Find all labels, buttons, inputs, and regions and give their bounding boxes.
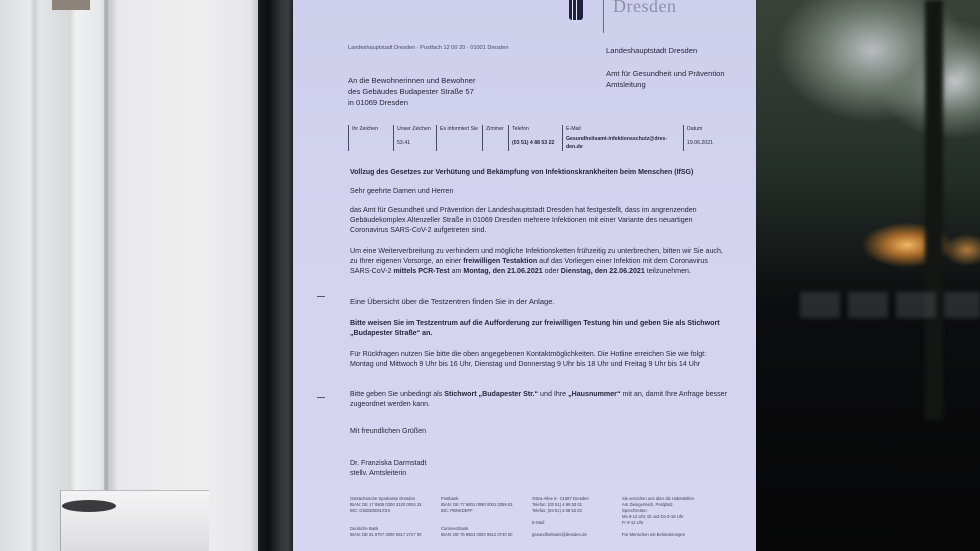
footer-bank-col-1: Ostsächsische Sparkasse DresdenIBAN: DE … bbox=[350, 496, 421, 538]
paragraph-hotline: Für Rückfragen nutzen Sie bitte die oben… bbox=[350, 349, 730, 369]
paragraph-test-centers: Eine Übersicht über die Testzentren find… bbox=[350, 297, 730, 307]
footer-address-col: Ostra-Allee 9 · 01067 DresdenTelefon: (0… bbox=[532, 496, 589, 538]
signatory-title: stellv. Amtsleiterin bbox=[350, 468, 426, 478]
footer-transit-hours-col: Sie erreichen uns über die HaltestellenA… bbox=[622, 496, 694, 538]
ref-contact-person: Es informiert Sie bbox=[436, 125, 482, 151]
ref-your-reference: Ihr Zeichen bbox=[348, 125, 393, 151]
door-groove bbox=[104, 0, 110, 500]
ref-date: Datum19.06.2021 bbox=[683, 125, 723, 151]
door-glass-edge bbox=[258, 0, 298, 551]
recipient-line: in 01069 Dresden bbox=[348, 97, 476, 108]
ref-room: Zimmer bbox=[482, 125, 508, 151]
punch-mark bbox=[317, 397, 325, 398]
recipient-line: An die Bewohnerinnen und Bewohner bbox=[348, 75, 476, 86]
signature-block: Dr. Franziska Darmstadt stellv. Amtsleit… bbox=[350, 458, 426, 478]
office-city: Landeshauptstadt Dresden bbox=[606, 45, 725, 56]
photo-scene: Dresden Landeshauptstadt Dresden · Postf… bbox=[0, 0, 980, 551]
ref-phone: Telefon(03 51) 4 88 53 22 bbox=[508, 125, 562, 151]
office-unit: Amtsleitung bbox=[606, 79, 725, 90]
recipient-address: An die Bewohnerinnen und Bewohner des Ge… bbox=[348, 75, 476, 108]
reference-row: Ihr Zeichen Unser Zeichen53.41 Es inform… bbox=[348, 125, 723, 151]
footer-bank-col-2: PostbankIBAN: DE 77 8601 0090 0001 0359 … bbox=[441, 496, 512, 538]
letter-subject: Vollzug des Gesetzes zur Verhütung und B… bbox=[350, 169, 693, 176]
paragraph-test-request: Um eine Weiterverbreitung zu verhindern … bbox=[350, 246, 730, 276]
sender-return-line: Landeshauptstadt Dresden · Postfach 12 0… bbox=[348, 45, 508, 51]
paragraph-infections-found: das Amt für Gesundheit und Prävention de… bbox=[350, 205, 730, 235]
hinge-cap bbox=[62, 500, 116, 512]
window-reflection-trees bbox=[752, 0, 980, 551]
ref-email: E-MailGesundheitsamt-infektionsschutz@dr… bbox=[562, 125, 683, 151]
paragraph-keyword-house-number: Bitte geben Sie unbedingt als Stichwort … bbox=[350, 389, 730, 409]
office-department: Amt für Gesundheit und Prävention bbox=[606, 68, 725, 79]
blurred-fence bbox=[800, 292, 980, 318]
paragraph-keyword-instruction: Bitte weisen Sie im Testzentrum auf die … bbox=[350, 318, 730, 338]
posted-letter: Dresden Landeshauptstadt Dresden · Postf… bbox=[293, 0, 756, 551]
door-frame bbox=[0, 0, 258, 551]
office-block: Landeshauptstadt Dresden Amt für Gesundh… bbox=[606, 45, 725, 90]
tree-trunk bbox=[925, 0, 943, 420]
ref-our-reference: Unser Zeichen53.41 bbox=[393, 125, 436, 151]
dresden-coat-of-arms-icon bbox=[569, 0, 583, 20]
logo-text: Dresden bbox=[613, 0, 676, 17]
salutation: Sehr geehrte Damen und Herren bbox=[350, 187, 453, 195]
recipient-line: des Gebäudes Budapester Straße 57 bbox=[348, 86, 476, 97]
door-latch bbox=[52, 0, 90, 10]
closing: Mit freundlichen Grüßen bbox=[350, 427, 426, 435]
fold-mark bbox=[317, 296, 325, 297]
signatory-name: Dr. Franziska Darmstadt bbox=[350, 458, 426, 468]
logo-divider bbox=[603, 0, 604, 33]
